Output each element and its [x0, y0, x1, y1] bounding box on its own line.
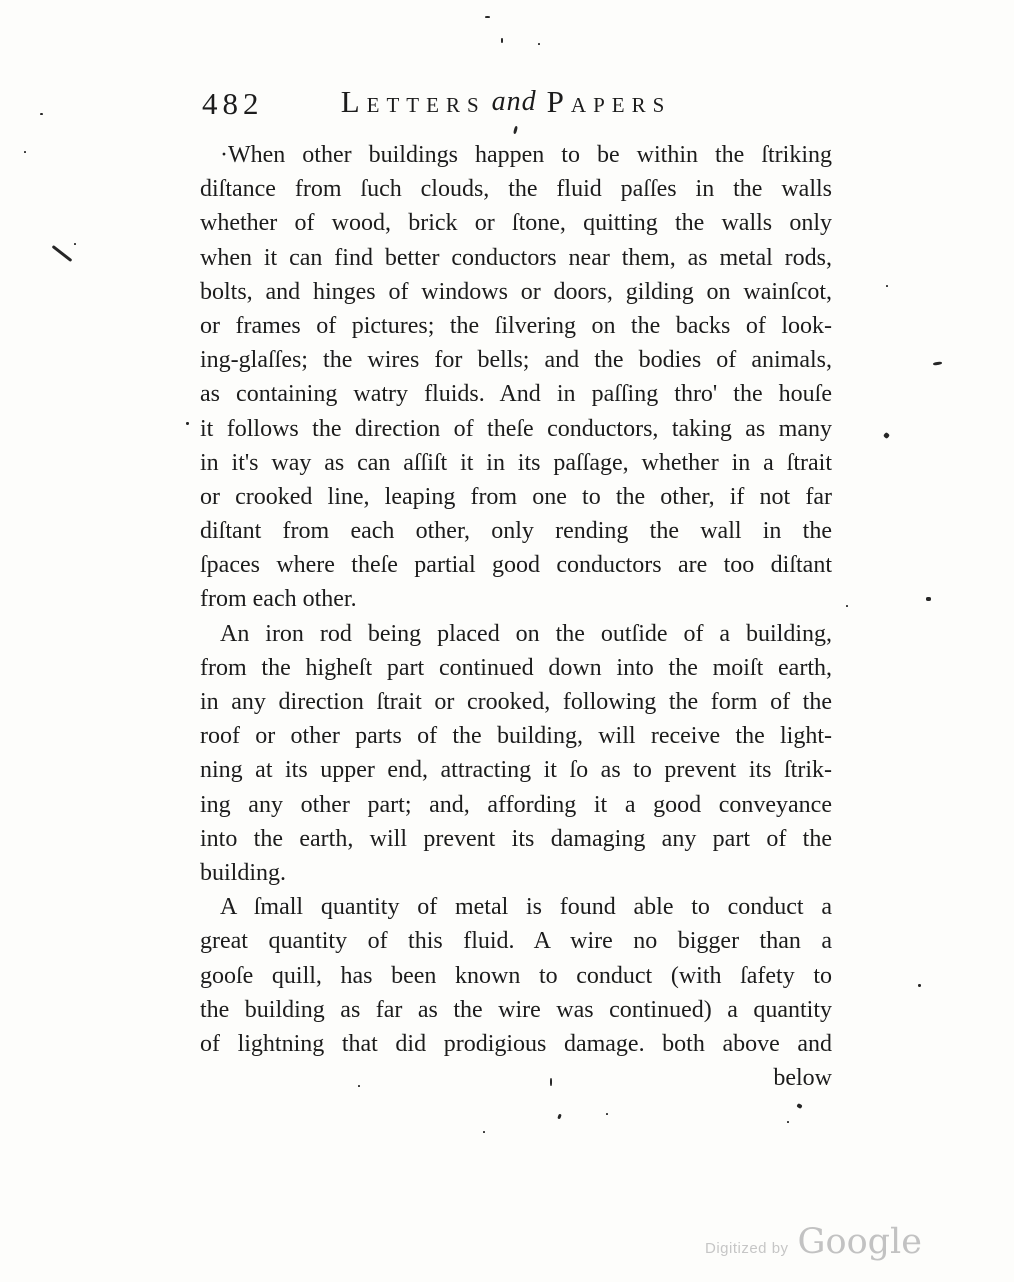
- text-line: ning at its upper end, attracting it ſo …: [200, 753, 832, 787]
- text-column: ·When other buildings happen to be withi…: [200, 138, 832, 1095]
- running-title-conjunction: and: [492, 86, 537, 118]
- text-line: great quantity of this fluid. A wire no …: [200, 924, 832, 958]
- scan-speck: [550, 1078, 552, 1086]
- digitized-by-label: Digitized by: [705, 1240, 789, 1257]
- text-line: from the higheſt part continued down int…: [200, 651, 832, 685]
- text-line: into the earth, will prevent its damagin…: [200, 822, 832, 856]
- scan-speck: [557, 1114, 562, 1120]
- scan-speck: [501, 38, 503, 43]
- text-line: A ſmall quantity of metal is found able …: [200, 890, 832, 924]
- scan-speck: [485, 16, 490, 18]
- scan-speck: [787, 1121, 789, 1123]
- google-logo: Google: [798, 1222, 922, 1262]
- scan-speck: [606, 1113, 608, 1115]
- text-line: ing-glaſſes; the wires for bells; and th…: [200, 343, 832, 377]
- scan-speck: [918, 984, 921, 987]
- text-line: diſtant from each other, only rending th…: [200, 514, 832, 548]
- scan-speck: [186, 422, 189, 425]
- text-line: from each other.: [200, 582, 832, 616]
- text-line: it follows the direction of theſe conduc…: [200, 412, 832, 446]
- text-line: ing any other part; and, affording it a …: [200, 788, 832, 822]
- watermark: Digitized by Google: [705, 1222, 922, 1262]
- scan-speck: [74, 243, 76, 245]
- scan-speck: [358, 1085, 360, 1087]
- text-line: An iron rod being placed on the outſide …: [200, 617, 832, 651]
- running-title-word2: PAPERS: [547, 84, 672, 120]
- text-line: of lightning that did prodigious damage.…: [200, 1027, 832, 1061]
- scan-speck: [933, 361, 942, 365]
- book-page-scan: 482 LETTERS and PAPERS ·When other build…: [0, 0, 1014, 1282]
- scan-speck: [796, 1103, 802, 1109]
- scan-speck: [24, 151, 26, 153]
- text-line: or frames of pictures; the ſilvering on …: [200, 309, 832, 343]
- text-line: the building as far as the wire was cont…: [200, 993, 832, 1027]
- text-line: building.: [200, 856, 832, 890]
- text-line: ·When other buildings happen to be withi…: [200, 138, 832, 172]
- scan-speck: [926, 597, 931, 601]
- text-line: as containing watry fluids. And in paſſi…: [200, 377, 832, 411]
- text-line: bolts, and hinges of windows or doors, g…: [200, 275, 832, 309]
- text-block: ·When other buildings happen to be withi…: [200, 138, 832, 1061]
- text-line: in any direction ſtrait or crooked, foll…: [200, 685, 832, 719]
- running-title: LETTERS and PAPERS: [190, 84, 822, 120]
- text-line: whether of wood, brick or ſtone, quittin…: [200, 206, 832, 240]
- text-line: or crooked line, leaping from one to the…: [200, 480, 832, 514]
- scan-speck: [538, 43, 540, 45]
- text-line: when it can find better conductors near …: [200, 241, 832, 275]
- scan-speck: [483, 1131, 485, 1133]
- running-title-word1: LETTERS: [341, 84, 486, 120]
- scan-speck: [883, 432, 890, 439]
- catchword: below: [200, 1061, 832, 1095]
- scan-speck: [513, 126, 518, 135]
- text-line: ſpaces where theſe partial good conducto…: [200, 548, 832, 582]
- text-line: in it's way as can aſſiſt it in its paſſ…: [200, 446, 832, 480]
- scan-speck: [846, 605, 848, 607]
- scan-speck: [886, 285, 888, 287]
- text-line: gooſe quill, has been known to conduct (…: [200, 959, 832, 993]
- text-line: roof or other parts of the building, wil…: [200, 719, 832, 753]
- scan-speck: [40, 113, 43, 115]
- text-line: diſtance from ſuch clouds, the fluid paſ…: [200, 172, 832, 206]
- scan-speck: [52, 245, 73, 262]
